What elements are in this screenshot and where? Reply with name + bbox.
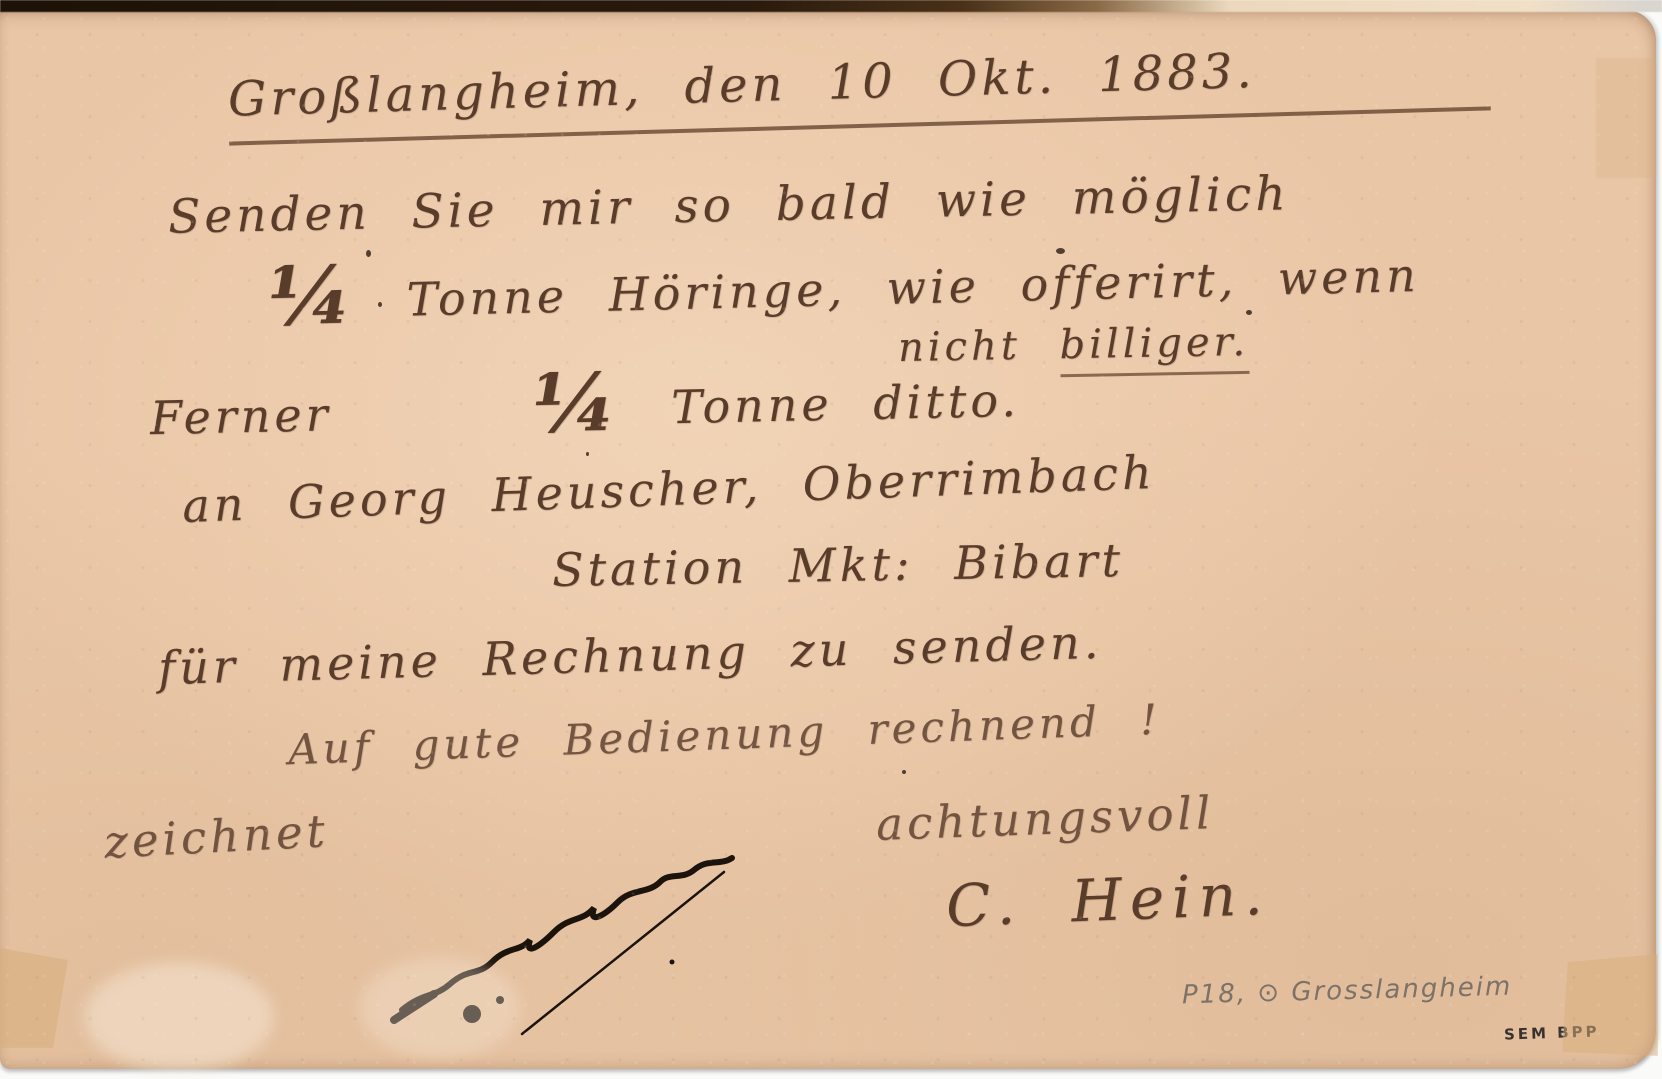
body-line-4-pre: Ferner <box>150 387 333 445</box>
quarter-fraction: ¼ <box>267 247 357 344</box>
body-line-1-text: Senden Sie mir so bald wie möglich <box>168 166 1290 244</box>
body-line-8-text: Auf gute Bedienung rechnend ! <box>287 695 1161 774</box>
tape-remnant-right <box>1562 954 1658 1056</box>
signature: C. Hein. <box>945 860 1272 940</box>
pencil-note: P18, ⊙ Grosslangheim <box>1182 972 1513 1011</box>
body-line-2-text: Tonne Höringe, wie offerirt, wenn <box>406 248 1420 327</box>
ink-speck <box>366 250 371 257</box>
tape-remnant-left <box>0 948 68 1048</box>
scan-edge-shadow <box>0 0 1662 12</box>
quarter-fraction: ¼ <box>532 354 622 451</box>
paper-smudge <box>84 962 274 1072</box>
ink-speck <box>902 770 906 774</box>
paper-smudge <box>360 958 520 1058</box>
closing-word-left: zeichnet <box>103 804 330 869</box>
postcard: Großlangheim, den 10 Okt. 1883. Senden S… <box>0 10 1656 1069</box>
body-line-4: Ferner ¼ Tonne ditto. <box>150 373 1021 445</box>
pencil-note-text: P18, ⊙ Grosslangheim <box>1182 972 1513 1011</box>
closing-right-text: achtungsvoll <box>875 786 1215 851</box>
body-line-8: Auf gute Bedienung rechnend ! <box>287 695 1161 774</box>
body-line-5: an Georg Heuscher, Oberrimbach <box>181 445 1156 533</box>
scan-background: Großlangheim, den 10 Okt. 1883. Senden S… <box>0 0 1662 1079</box>
signature-text: C. Hein. <box>945 860 1272 940</box>
ink-speck <box>378 302 382 307</box>
ink-speck <box>1246 310 1252 315</box>
body-line-4-text: Tonne ditto. <box>671 373 1021 434</box>
body-line-5-text: an Georg Heuscher, Oberrimbach <box>181 445 1156 533</box>
spacer <box>372 427 492 430</box>
body-line-7: für meine Rechnung zu senden. <box>157 615 1102 695</box>
body-line-3: nicht billiger. <box>898 319 1250 371</box>
body-line-7-text: für meine Rechnung zu senden. <box>157 615 1102 695</box>
closing-word-right: achtungsvoll <box>875 786 1215 851</box>
ink-speck <box>586 452 589 456</box>
body-line-6-text: Station Mkt: Bibart <box>552 533 1125 597</box>
body-line-3-underlined: billiger. <box>1059 319 1249 377</box>
body-line-6: Station Mkt: Bibart <box>552 533 1125 597</box>
dateline: Großlangheim, den 10 Okt. 1883. <box>227 36 1491 145</box>
body-line-3-pre: nicht <box>898 322 1060 371</box>
body-line-1: Senden Sie mir so bald wie möglich <box>168 166 1290 244</box>
tape-remnant-top-right <box>1596 58 1656 178</box>
dateline-text: Großlangheim, den 10 Okt. 1883. <box>227 43 1256 128</box>
ink-speck <box>1056 248 1065 254</box>
body-line-2: ¼ Tonne Höringe, wie offerirt, wenn <box>268 248 1421 330</box>
closing-left-text: zeichnet <box>103 804 330 869</box>
